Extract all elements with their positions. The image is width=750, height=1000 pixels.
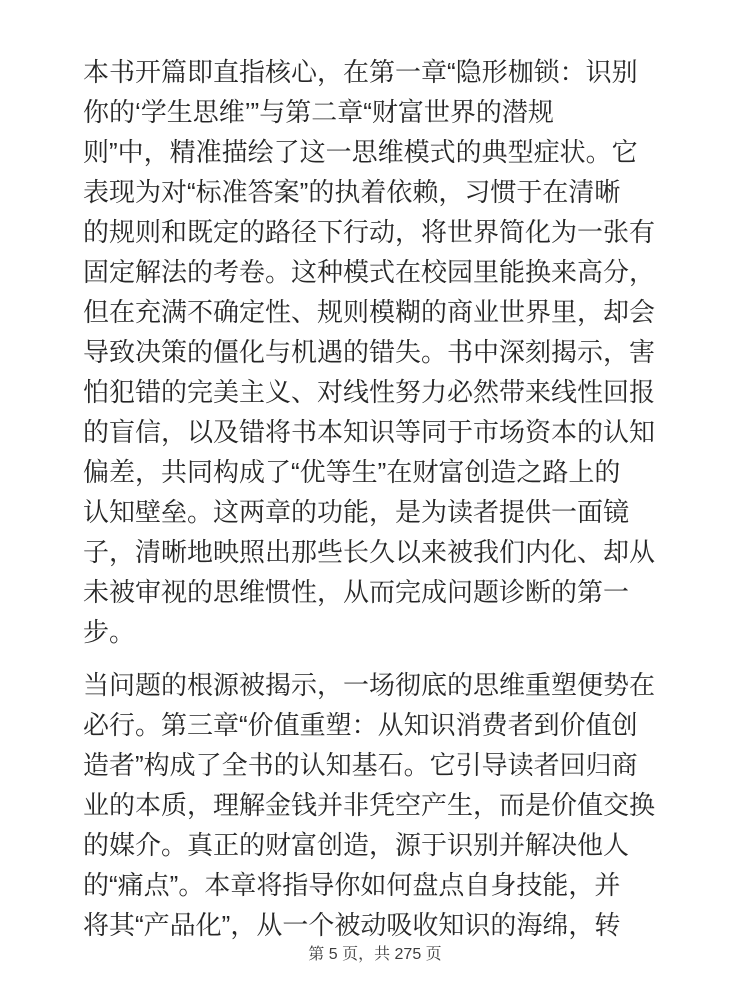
text-line: 的“痛点”。本章将指导你如何盘点自身技能，并 [83,865,667,905]
text-line: 当问题的根源被揭示，一场彻底的思维重塑便势在 [83,665,667,705]
text-line: 表现为对“标准答案”的执着依赖，习惯于在清晰 [83,172,667,212]
text-line: 认知壁垒。这两章的功能，是为读者提供一面镜 [83,492,667,532]
text-line: 必行。第三章“价值重塑：从知识消费者到价值创 [83,705,667,745]
text-line: 但在充满不确定性、规则模糊的商业世界里，却会 [83,292,667,332]
text-line: 你的‘学生思维’”与第二章“财富世界的潜规 [83,92,667,132]
text-line: 的媒介。真正的财富创造，源于识别并解决他人 [83,825,667,865]
text-line: 导致决策的僵化与机遇的错失。书中深刻揭示，害 [83,332,667,372]
text-line: 业的本质，理解金钱并非凭空产生，而是价值交换 [83,785,667,825]
page-text: 本书开篇即直指核心，在第一章“隐形枷锁：识别你的‘学生思维’”与第二章“财富世界… [83,52,667,945]
paragraph: 当问题的根源被揭示，一场彻底的思维重塑便势在必行。第三章“价值重塑：从知识消费者… [83,665,667,945]
text-line: 偏差，共同构成了“优等生”在财富创造之路上的 [83,452,667,492]
text-line: 怕犯错的完美主义、对线性努力必然带来线性回报 [83,372,667,412]
document-page: 本书开篇即直指核心，在第一章“隐形枷锁：识别你的‘学生思维’”与第二章“财富世界… [0,0,750,1000]
text-line: 步。 [83,612,667,652]
text-line: 造者”构成了全书的认知基石。它引导读者回归商 [83,745,667,785]
text-line: 固定解法的考卷。这种模式在校园里能换来高分， [83,252,667,292]
page-number-footer: 第 5 页，共 275 页 [0,944,750,966]
text-line: 的规则和既定的路径下行动，将世界简化为一张有 [83,212,667,252]
text-line: 子，清晰地映照出那些长久以来被我们内化、却从 [83,532,667,572]
text-line: 的盲信，以及错将书本知识等同于市场资本的认知 [83,412,667,452]
text-line: 未被审视的思维惯性，从而完成问题诊断的第一 [83,572,667,612]
text-line: 本书开篇即直指核心，在第一章“隐形枷锁：识别 [83,52,667,92]
paragraph: 本书开篇即直指核心，在第一章“隐形枷锁：识别你的‘学生思维’”与第二章“财富世界… [83,52,667,652]
text-line: 将其“产品化”，从一个被动吸收知识的海绵，转 [83,905,667,945]
text-line: 则”中，精准描绘了这一思维模式的典型症状。它 [83,132,667,172]
